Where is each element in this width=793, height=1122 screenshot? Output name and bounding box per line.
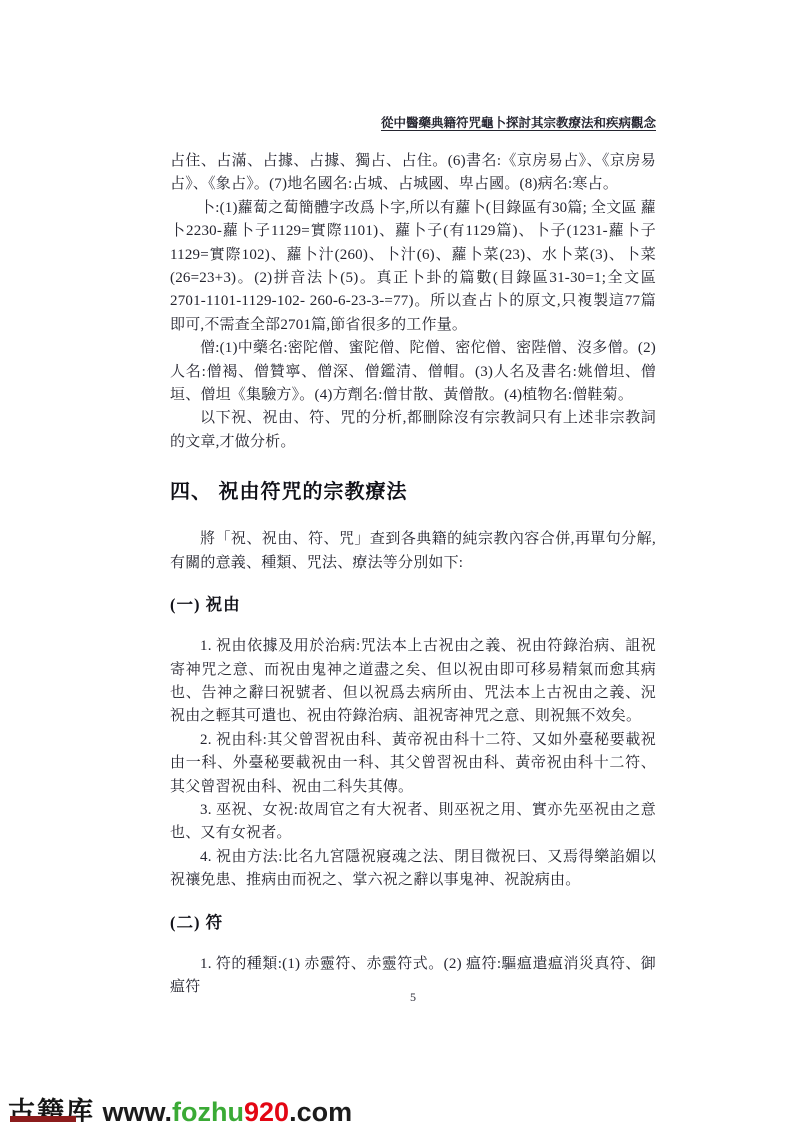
page-number: 5 xyxy=(170,990,656,1005)
subsection-heading-fu: (二) 符 xyxy=(170,912,656,934)
watermark-cutoff-decoration xyxy=(10,1116,76,1122)
document-body: 占住、占滿、占據、占據、獨占、占住。(6)書名:《京房易占》、《京房易占》、《象… xyxy=(170,150,656,999)
paragraph-seng: 僧:(1)中藥名:密陀僧、蜜陀僧、陀僧、密佗僧、密陛僧、沒多僧。(2)人名:僧褐… xyxy=(170,337,656,407)
document-page: 從中醫藥典籍符咒龜卜探討其宗教療法和疾病觀念 占住、占滿、占據、占據、獨占、占住… xyxy=(0,0,793,1122)
paragraph-analysis-note: 以下祝、祝由、符、咒的分析,都刪除沒有宗教詞只有上述非宗教詞的文章,才做分析。 xyxy=(170,407,656,454)
running-header: 從中醫藥典籍符咒龜卜探討其宗教療法和疾病觀念 xyxy=(170,113,656,131)
running-header-text: 從中醫藥典籍符咒龜卜探討其宗教療法和疾病觀念 xyxy=(381,116,656,130)
list-item-paragraph-2: 2. 祝由科:其父曾習祝由科、黃帝祝由科十二符、又如外臺秘要載祝由一科、外臺秘要… xyxy=(170,729,656,799)
watermark-url-tld: .com xyxy=(289,1097,352,1122)
paragraph-bu: 卜:(1)蘿蔔之蔔簡體字改爲卜字,所以有蘿卜(目錄區有30篇; 全文區 蘿卜22… xyxy=(170,197,656,337)
watermark-url-number: 920 xyxy=(244,1097,289,1122)
paragraph-zhan-continuation: 占住、占滿、占據、占據、獨占、占住。(6)書名:《京房易占》、《京房易占》、《象… xyxy=(170,150,656,197)
list-item-paragraph-1: 1. 祝由依據及用於治病:咒法本上古祝由之義、祝由符錄治病、詛祝寄神咒之意、而祝… xyxy=(170,635,656,729)
watermark-url-www: www. xyxy=(103,1097,173,1122)
section-heading-four: 四、 祝由符咒的宗教療法 xyxy=(170,479,656,506)
subsection-heading-zhuyou: (一) 祝由 xyxy=(170,594,656,616)
watermark-url-name: fozhu xyxy=(172,1097,244,1122)
paragraph-section-intro: 將「祝、祝由、符、咒」查到各典籍的純宗教內容合併,再單句分解,有關的意義、種類、… xyxy=(170,528,656,575)
watermark-url: www.fozhu920.com xyxy=(103,1097,353,1122)
list-item-paragraph-3: 3. 巫祝、女祝:故周官之有大祝者、則巫祝之用、實亦先巫祝由之意也、又有女祝者。 xyxy=(170,799,656,846)
list-item-paragraph-4: 4. 祝由方法:比名九宮隱祝寢魂之法、閉目微祝曰、又焉得樂諂媚以祝禳免患、推病由… xyxy=(170,846,656,893)
